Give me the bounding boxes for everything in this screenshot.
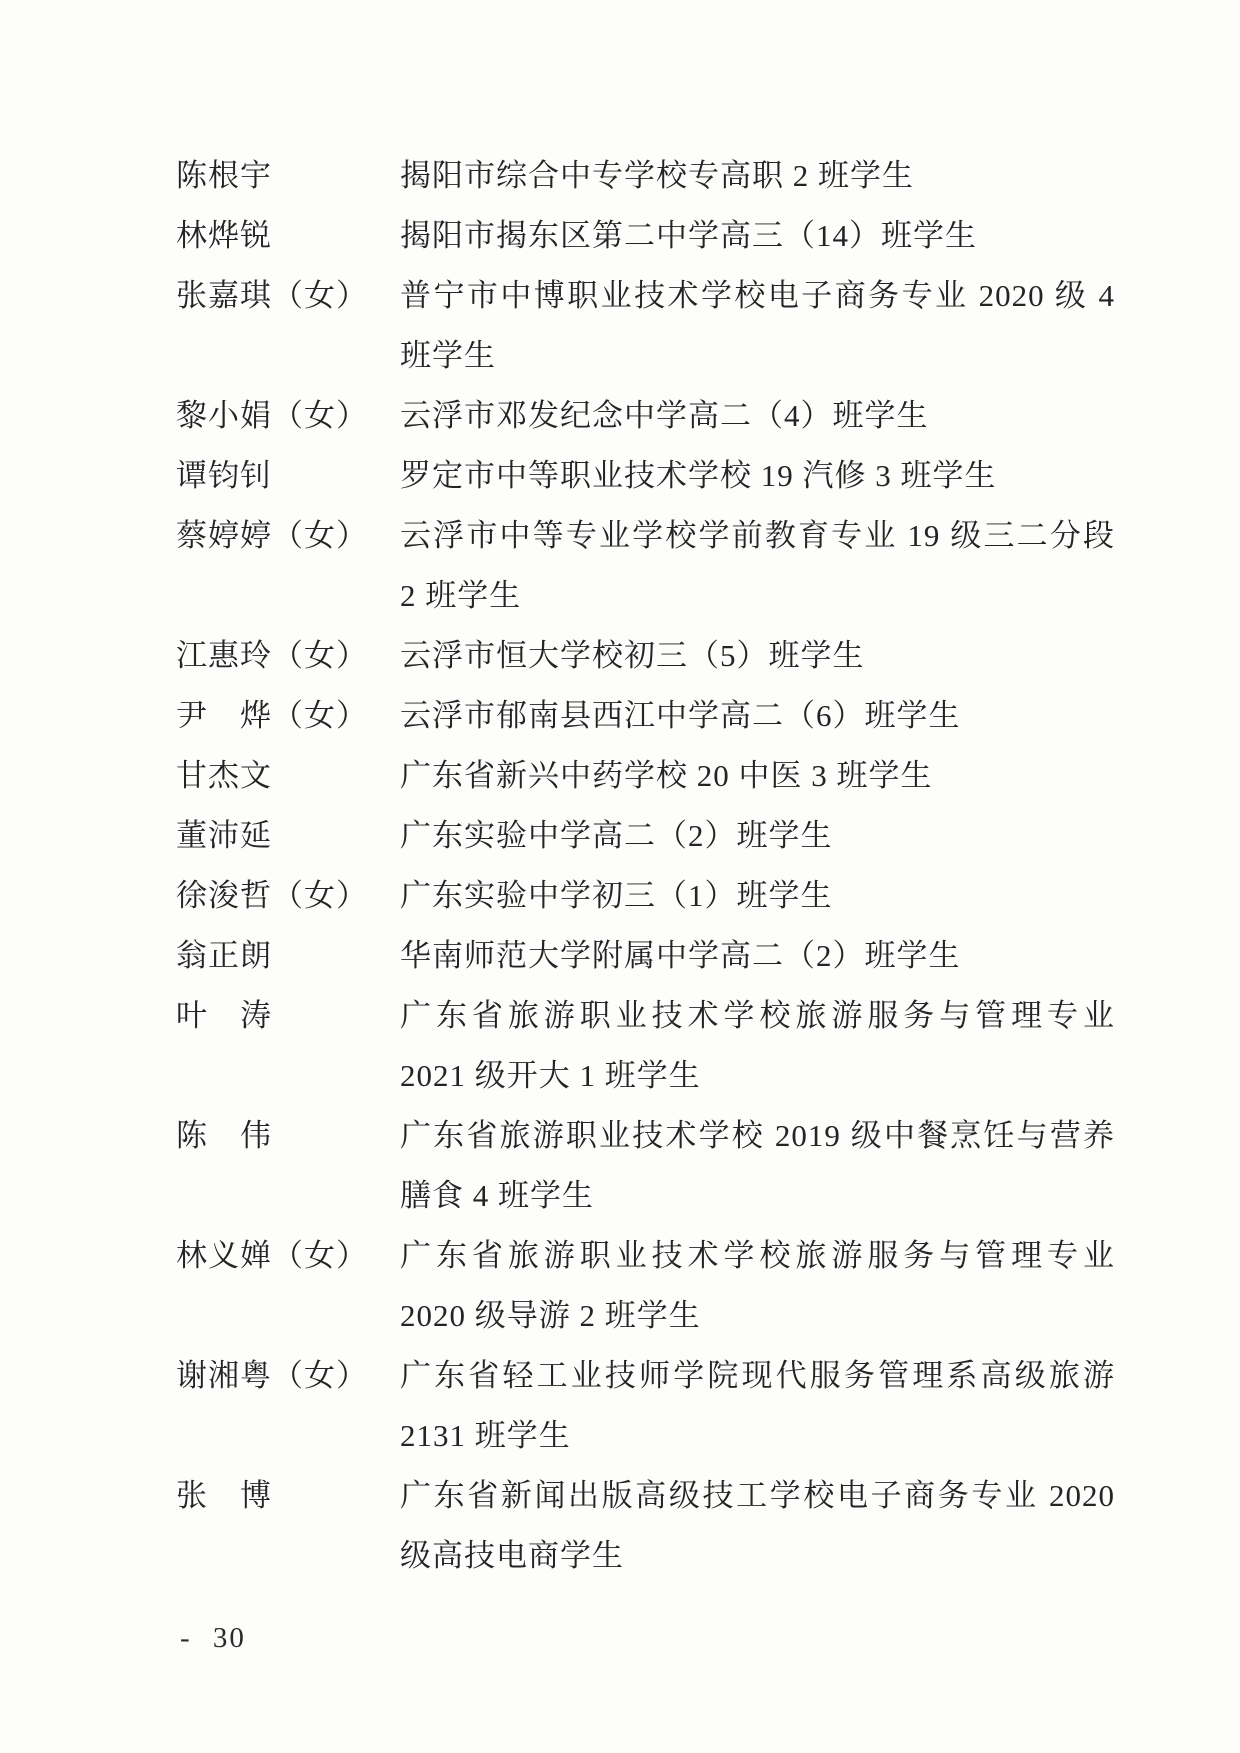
student-name: 江惠玲（女） (176, 626, 400, 686)
student-name: 谭钧钊 (176, 446, 400, 506)
roster-row: 甘杰文 广东省新兴中药学校 20 中医 3 班学生 (176, 746, 1120, 806)
roster-row: 林义婵（女） 广东省旅游职业技术学校旅游服务与管理专业2020 级导游 2 班学… (176, 1226, 1120, 1346)
roster-row: 张 博 广东省新闻出版高级技工学校电子商务专业 2020级高技电商学生 (176, 1466, 1120, 1586)
student-name: 陈根宇 (176, 146, 400, 206)
student-school-line: 罗定市中等职业技术学校 19 汽修 3 班学生 (400, 446, 1115, 506)
student-school-line: 班学生 (400, 326, 1115, 386)
student-name: 张嘉琪（女） (176, 266, 400, 326)
student-school: 华南师范大学附属中学高二（2）班学生 (400, 926, 1115, 986)
student-school-line: 2020 级导游 2 班学生 (400, 1286, 1115, 1346)
student-school: 云浮市邓发纪念中学高二（4）班学生 (400, 386, 1115, 446)
student-school-line: 2021 级开大 1 班学生 (400, 1046, 1115, 1106)
student-school: 罗定市中等职业技术学校 19 汽修 3 班学生 (400, 446, 1115, 506)
roster-row: 尹 烨（女） 云浮市郁南县西江中学高二（6）班学生 (176, 686, 1120, 746)
student-name: 陈 伟 (176, 1106, 400, 1166)
roster-row: 董沛延 广东实验中学高二（2）班学生 (176, 806, 1120, 866)
roster-row: 叶 涛 广东省旅游职业技术学校旅游服务与管理专业2021 级开大 1 班学生 (176, 986, 1120, 1106)
student-school-line: 级高技电商学生 (400, 1526, 1115, 1586)
student-school-line: 膳食 4 班学生 (400, 1166, 1115, 1226)
roster-row: 江惠玲（女） 云浮市恒大学校初三（5）班学生 (176, 626, 1120, 686)
student-name: 叶 涛 (176, 986, 400, 1046)
student-school-line: 广东省轻工业技师学院现代服务管理系高级旅游 (400, 1346, 1115, 1406)
student-name: 张 博 (176, 1466, 400, 1526)
roster-row: 谭钧钊 罗定市中等职业技术学校 19 汽修 3 班学生 (176, 446, 1120, 506)
roster-row: 黎小娟（女） 云浮市邓发纪念中学高二（4）班学生 (176, 386, 1120, 446)
student-school-line: 华南师范大学附属中学高二（2）班学生 (400, 926, 1115, 986)
student-school-line: 揭阳市揭东区第二中学高三（14）班学生 (400, 206, 1115, 266)
student-name: 尹 烨（女） (176, 686, 400, 746)
student-school: 广东实验中学高二（2）班学生 (400, 806, 1115, 866)
roster-row: 陈根宇 揭阳市综合中专学校专高职 2 班学生 (176, 146, 1120, 206)
student-school-line: 2 班学生 (400, 566, 1115, 626)
student-name: 徐浚哲（女） (176, 866, 400, 926)
roster-row: 谢湘粤（女） 广东省轻工业技师学院现代服务管理系高级旅游2131 班学生 (176, 1346, 1120, 1466)
student-school: 广东省旅游职业技术学校旅游服务与管理专业2021 级开大 1 班学生 (400, 986, 1115, 1106)
student-name: 林义婵（女） (176, 1226, 400, 1286)
student-school-line: 云浮市中等专业学校学前教育专业 19 级三二分段 (400, 506, 1115, 566)
student-name: 黎小娟（女） (176, 386, 400, 446)
student-school: 广东省新兴中药学校 20 中医 3 班学生 (400, 746, 1115, 806)
student-name: 谢湘粤（女） (176, 1346, 400, 1406)
student-name: 林烨锐 (176, 206, 400, 266)
student-school: 广东省旅游职业技术学校旅游服务与管理专业2020 级导游 2 班学生 (400, 1226, 1115, 1346)
student-school-line: 揭阳市综合中专学校专高职 2 班学生 (400, 146, 1115, 206)
student-school-line: 广东省旅游职业技术学校旅游服务与管理专业 (400, 1226, 1115, 1286)
roster-row: 张嘉琪（女） 普宁市中博职业技术学校电子商务专业 2020 级 4班学生 (176, 266, 1120, 386)
roster-row: 翁正朗 华南师范大学附属中学高二（2）班学生 (176, 926, 1120, 986)
student-school: 云浮市郁南县西江中学高二（6）班学生 (400, 686, 1115, 746)
student-school-line: 广东省旅游职业技术学校旅游服务与管理专业 (400, 986, 1115, 1046)
student-school: 广东实验中学初三（1）班学生 (400, 866, 1115, 926)
student-school-line: 普宁市中博职业技术学校电子商务专业 2020 级 4 (400, 266, 1115, 326)
student-school: 广东省轻工业技师学院现代服务管理系高级旅游2131 班学生 (400, 1346, 1115, 1466)
student-school: 云浮市中等专业学校学前教育专业 19 级三二分段2 班学生 (400, 506, 1115, 626)
student-school-line: 2131 班学生 (400, 1406, 1115, 1466)
student-school: 揭阳市综合中专学校专高职 2 班学生 (400, 146, 1115, 206)
student-school-line: 广东省旅游职业技术学校 2019 级中餐烹饪与营养 (400, 1106, 1115, 1166)
student-school: 广东省新闻出版高级技工学校电子商务专业 2020级高技电商学生 (400, 1466, 1115, 1586)
roster-row: 蔡婷婷（女） 云浮市中等专业学校学前教育专业 19 级三二分段2 班学生 (176, 506, 1120, 626)
page-number: - 30 (180, 1610, 246, 1666)
student-school-line: 广东实验中学高二（2）班学生 (400, 806, 1115, 866)
student-school-line: 广东实验中学初三（1）班学生 (400, 866, 1115, 926)
roster-row: 徐浚哲（女） 广东实验中学初三（1）班学生 (176, 866, 1120, 926)
student-school-line: 云浮市恒大学校初三（5）班学生 (400, 626, 1115, 686)
student-school: 揭阳市揭东区第二中学高三（14）班学生 (400, 206, 1115, 266)
student-name: 翁正朗 (176, 926, 400, 986)
student-school-line: 广东省新闻出版高级技工学校电子商务专业 2020 (400, 1466, 1115, 1526)
roster-row: 陈 伟 广东省旅游职业技术学校 2019 级中餐烹饪与营养膳食 4 班学生 (176, 1106, 1120, 1226)
student-school-line: 广东省新兴中药学校 20 中医 3 班学生 (400, 746, 1115, 806)
student-name: 甘杰文 (176, 746, 400, 806)
student-school: 广东省旅游职业技术学校 2019 级中餐烹饪与营养膳食 4 班学生 (400, 1106, 1115, 1226)
roster-list: 陈根宇 揭阳市综合中专学校专高职 2 班学生 林烨锐 揭阳市揭东区第二中学高三（… (176, 146, 1120, 1586)
roster-row: 林烨锐 揭阳市揭东区第二中学高三（14）班学生 (176, 206, 1120, 266)
student-school-line: 云浮市邓发纪念中学高二（4）班学生 (400, 386, 1115, 446)
student-school-line: 云浮市郁南县西江中学高二（6）班学生 (400, 686, 1115, 746)
student-school: 云浮市恒大学校初三（5）班学生 (400, 626, 1115, 686)
student-name: 董沛延 (176, 806, 400, 866)
document-page: 陈根宇 揭阳市综合中专学校专高职 2 班学生 林烨锐 揭阳市揭东区第二中学高三（… (0, 0, 1240, 1753)
student-school: 普宁市中博职业技术学校电子商务专业 2020 级 4班学生 (400, 266, 1115, 386)
student-name: 蔡婷婷（女） (176, 506, 400, 566)
